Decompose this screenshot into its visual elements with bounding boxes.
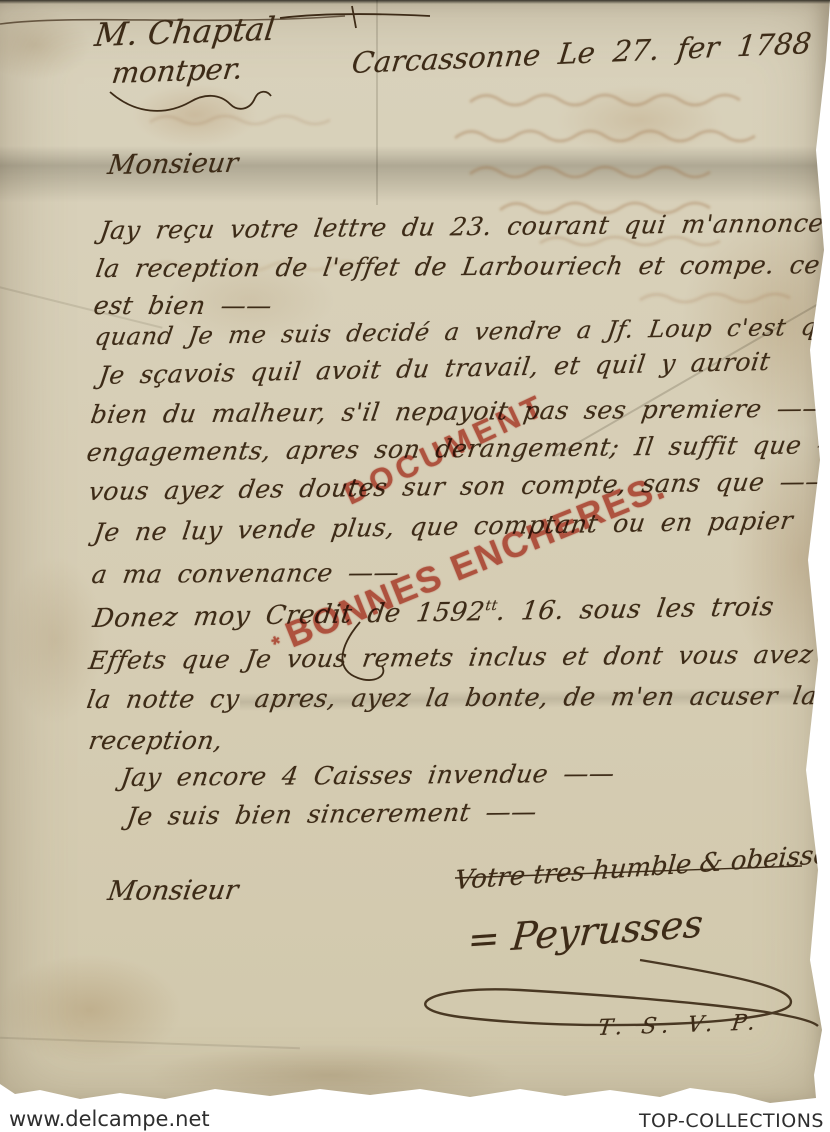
recipient-name: M. Chaptal: [93, 10, 278, 54]
watermark-site-url: www.delcampe.net: [9, 1107, 210, 1131]
body-line: reception,: [87, 726, 225, 755]
body-line: Je ne luy vende plus, que comptant ou en…: [92, 506, 795, 547]
cross-mark: [270, 2, 440, 32]
body-line: Jay reçu votre lettre du 23. courant qui…: [98, 208, 830, 245]
body-line: a ma convenance ——: [90, 558, 402, 589]
scanned-letter-image: M. Chaptal montper. Carcassonne Le 27. f…: [0, 0, 830, 1132]
closing-salutation: Monsieur: [106, 875, 241, 907]
amount-text: . 16. sous les trois: [495, 592, 776, 627]
letter-paper: M. Chaptal montper. Carcassonne Le 27. f…: [0, 0, 830, 1105]
body-line: la notte cy apres, ayez la bonte, de m'e…: [85, 681, 830, 714]
body-line: est bien ——: [92, 291, 275, 320]
body-line: Je suis bien sincerement ——: [125, 797, 539, 831]
body-line: Je sçavois quil avoit du travail, et qui…: [97, 347, 772, 390]
postscript-tsvp: T. S. V. P.: [596, 1010, 762, 1041]
crease-line: [0, 1037, 300, 1049]
body-line: Jay encore 4 Caisses invendue ——: [119, 759, 617, 792]
scan-top-edge: [0, 0, 830, 4]
crease-line: [376, 0, 378, 205]
salutation: Monsieur: [106, 148, 240, 181]
dateline: Carcassonne Le 27. fer 1788: [350, 26, 813, 80]
valediction: Votre tres humble & obeisse: [454, 840, 830, 896]
signature: = Peyrusses: [466, 901, 705, 962]
body-line: vous ayez des doutes sur son compte, san…: [87, 467, 830, 506]
watermark-seller-name: TOP-COLLECTIONS: [639, 1110, 824, 1132]
body-line: Effets que Je vous remets inclus et dont…: [87, 640, 815, 675]
recipient-city: montper.: [110, 51, 245, 90]
body-line: la reception de l'effet de Larbouriech e…: [94, 250, 830, 283]
